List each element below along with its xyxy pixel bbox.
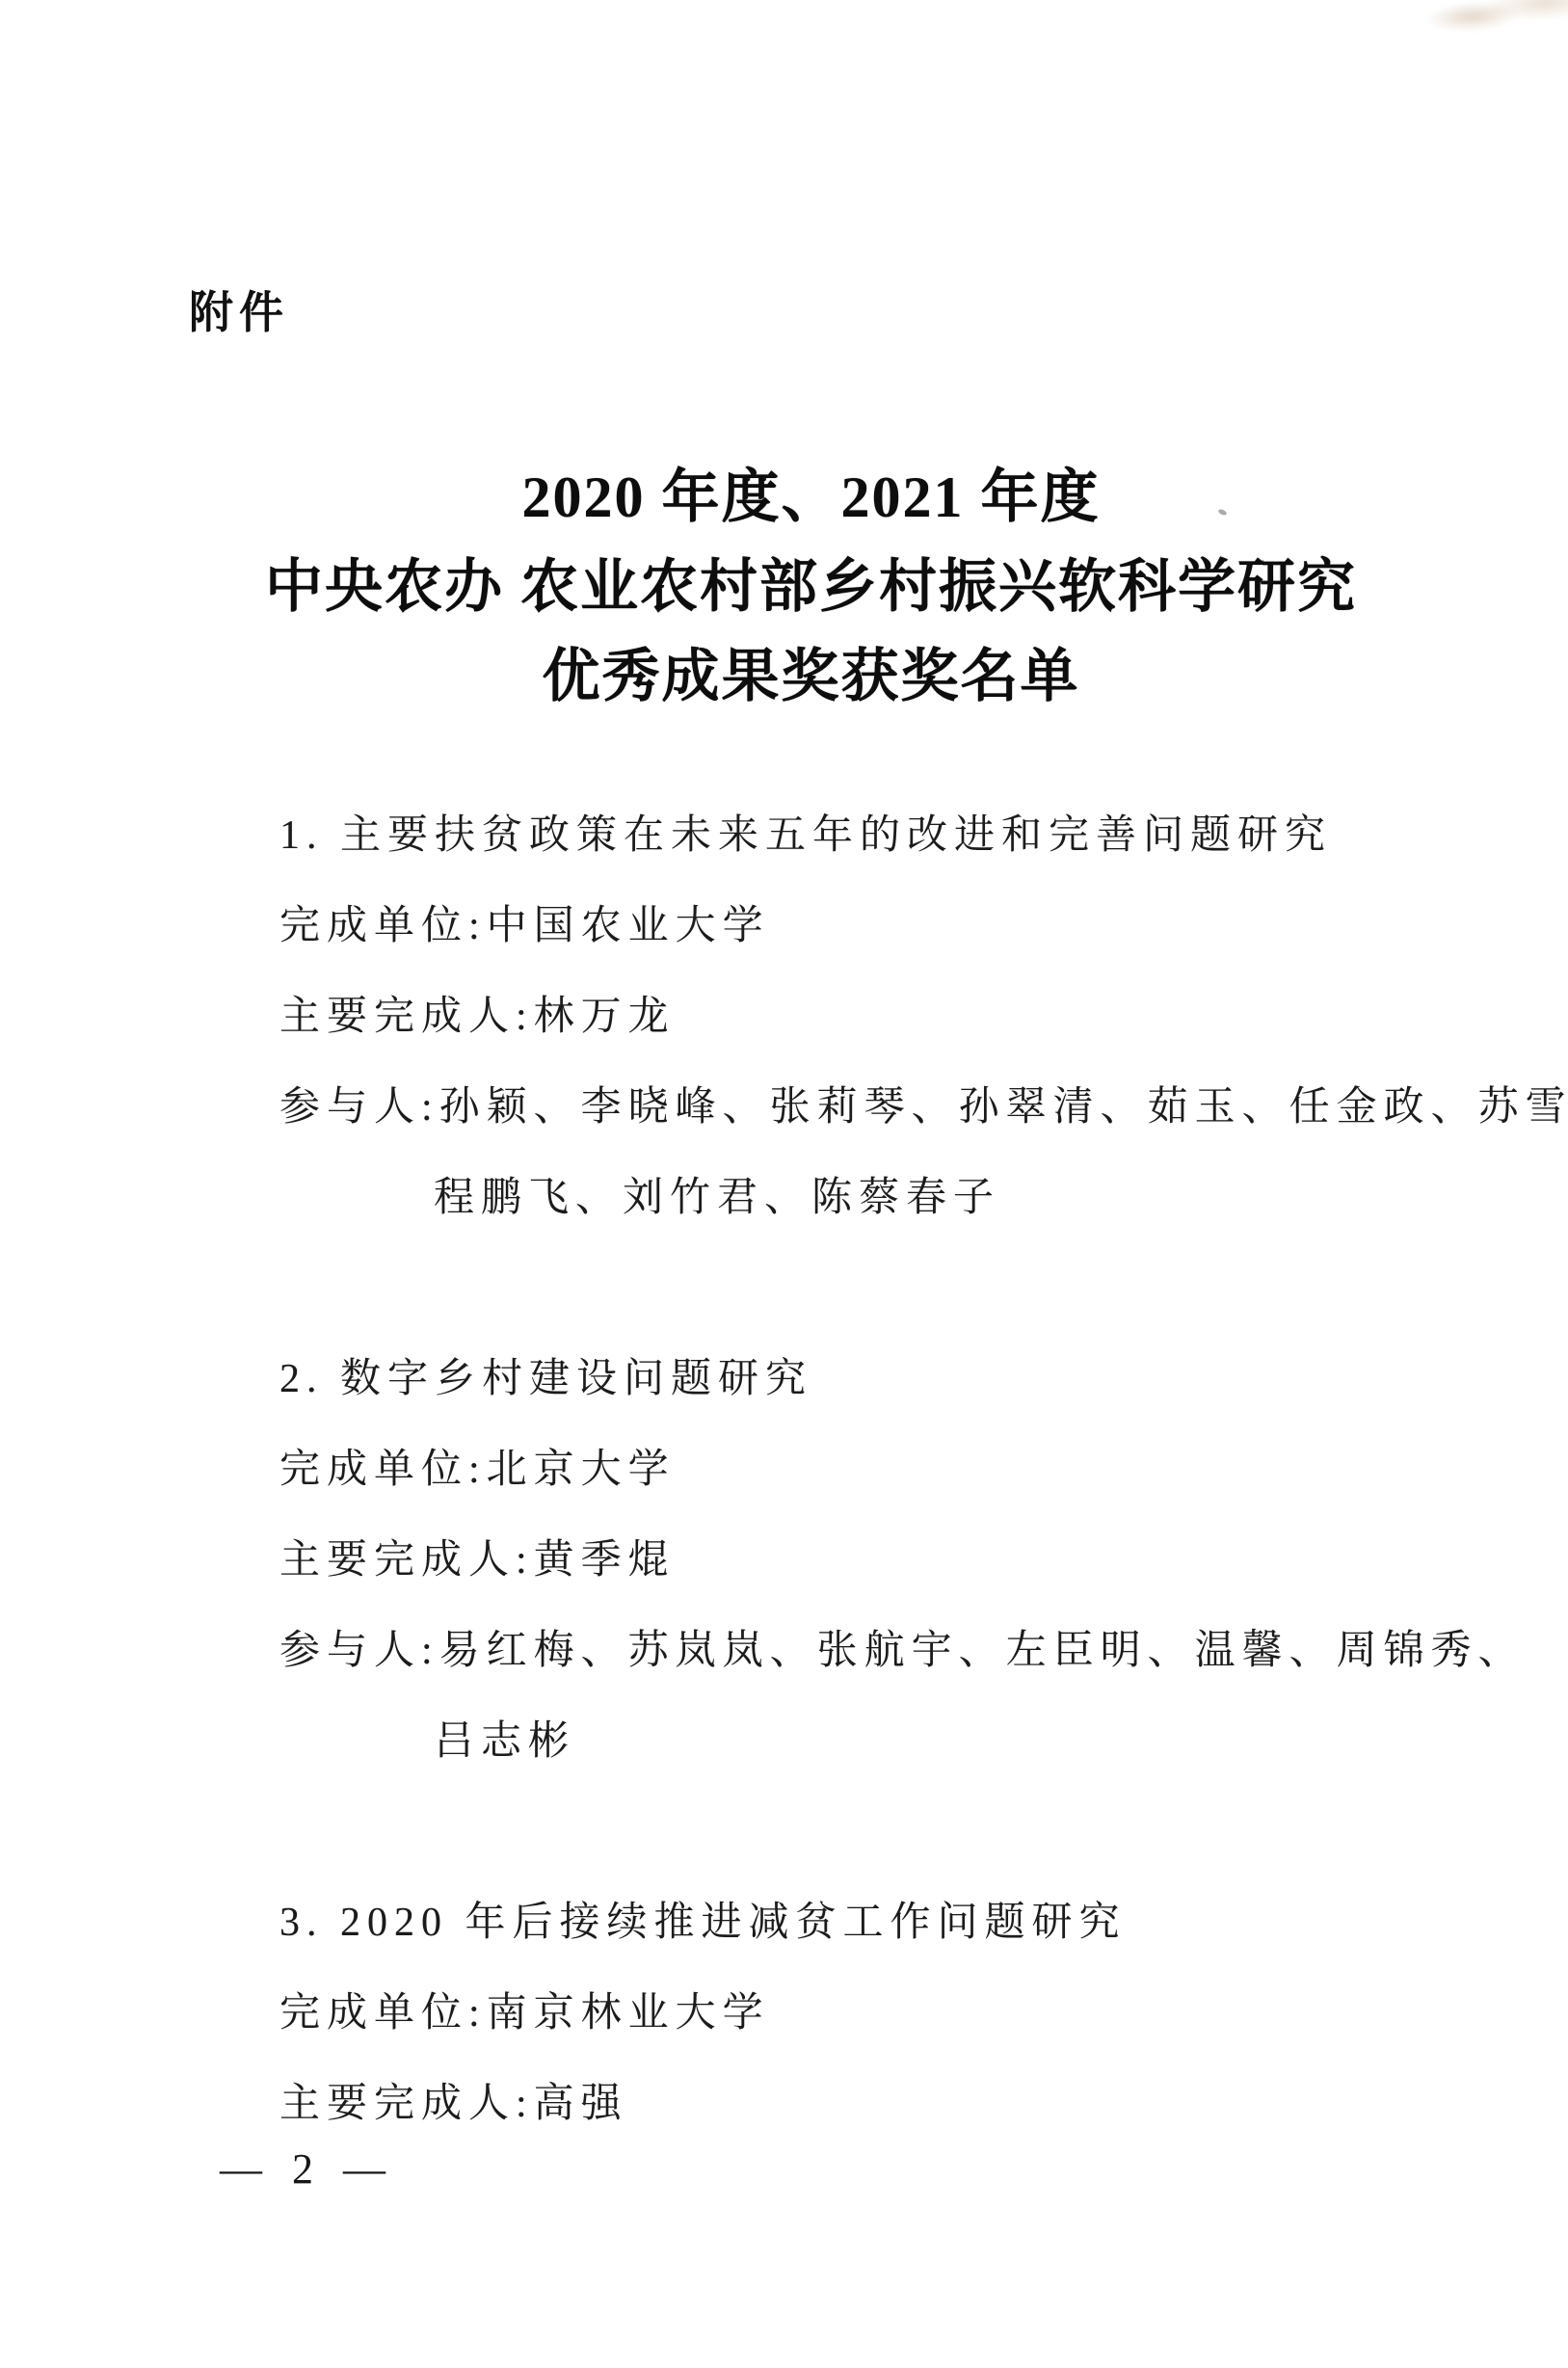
entry-unit: 完成单位:北京大学: [279, 1424, 1436, 1515]
title-line-2: 中央农办 农业农村部乡村振兴软科学研究: [27, 543, 1568, 632]
scan-artifact-smudge: [1407, 0, 1568, 47]
attachment-label: 附件: [189, 278, 289, 341]
page-number: — 2 —: [220, 2144, 395, 2194]
award-entry-2: 2. 数字乡村建设问题研究 完成单位:北京大学 主要完成人:黄季焜 参与人:易红…: [279, 1334, 1436, 1787]
entry-title: 3. 2020 年后接续推进减贫工作问题研究: [279, 1877, 1436, 1968]
award-entry-3: 3. 2020 年后接续推进减贫工作问题研究 完成单位:南京林业大学 主要完成人…: [279, 1877, 1436, 2149]
entry-unit: 完成单位:南京林业大学: [279, 1968, 1436, 2059]
title-line-1: 2020 年度、2021 年度: [27, 453, 1568, 543]
document-page: 附件 2020 年度、2021 年度 中央农办 农业农村部乡村振兴软科学研究 优…: [0, 0, 1568, 2368]
entry-title: 2. 数字乡村建设问题研究: [279, 1334, 1436, 1424]
entry-participants-line-1: 参与人:易红梅、苏岚岚、张航宇、左臣明、温馨、周锦秀、: [279, 1606, 1436, 1696]
award-entry-1: 1. 主要扶贫政策在未来五年的改进和完善问题研究 完成单位:中国农业大学 主要完…: [279, 790, 1436, 1243]
entry-participants-line-2: 吕志彬: [279, 1696, 1436, 1787]
entry-lead: 主要完成人:林万龙: [279, 971, 1436, 1062]
entry-unit: 完成单位:中国农业大学: [279, 881, 1436, 971]
entry-participants-line-2: 程鹏飞、刘竹君、陈蔡春子: [279, 1153, 1436, 1243]
entry-participants-line-1: 参与人:孙颖、李晓峰、张莉琴、孙翠清、茹玉、任金政、苏雪、: [279, 1062, 1436, 1153]
entry-lead: 主要完成人:高强: [279, 2059, 1436, 2149]
award-list: 1. 主要扶贫政策在未来五年的改进和完善问题研究 完成单位:中国农业大学 主要完…: [279, 790, 1436, 2149]
document-title: 2020 年度、2021 年度 中央农办 农业农村部乡村振兴软科学研究 优秀成果…: [27, 453, 1568, 722]
title-line-3: 优秀成果奖获奖名单: [27, 632, 1568, 722]
entry-title: 1. 主要扶贫政策在未来五年的改进和完善问题研究: [279, 790, 1436, 881]
entry-lead: 主要完成人:黄季焜: [279, 1515, 1436, 1606]
